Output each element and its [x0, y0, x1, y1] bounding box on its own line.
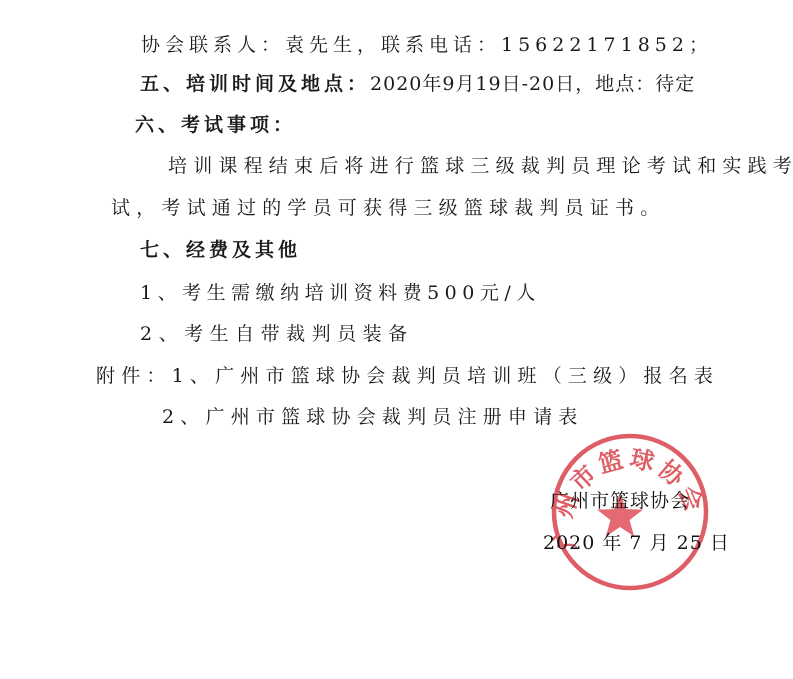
section-6-heading: 六、考试事项： — [135, 113, 296, 137]
section-6-paragraph-line-1: 培训课程结束后将进行篮球三级裁判员理论考试和实践考 — [168, 154, 793, 178]
attachment-2: 2、广州市篮球协会裁判员注册申请表 — [162, 405, 584, 429]
contact-line: 协会联系人：袁先生，联系电话：15622171852； — [141, 33, 713, 57]
attachment-1: 附件：1、广州市篮球协会裁判员培训班（三级）报名表 — [96, 364, 719, 388]
section-7-item-1: 1、考生需缴纳培训资料费500元/人 — [140, 281, 541, 305]
section-5: 五、培训时间及地点：2020年9月19日-20日，地点：待定 — [140, 72, 695, 96]
section-5-value: 2020年9月19日-20日，地点：待定 — [370, 73, 695, 95]
section-5-heading: 五、培训时间及地点： — [140, 73, 370, 95]
section-6-paragraph-line-2: 试，考试通过的学员可获得三级篮球裁判员证书。 — [111, 196, 665, 220]
signature-date: 2020 年 7 月 25 日 — [543, 531, 730, 555]
section-7-heading: 七、经费及其他 — [140, 238, 301, 262]
section-7-item-2: 2、考生自带裁判员装备 — [140, 322, 414, 346]
signature-organization: 广州市篮球协会 — [550, 489, 690, 513]
